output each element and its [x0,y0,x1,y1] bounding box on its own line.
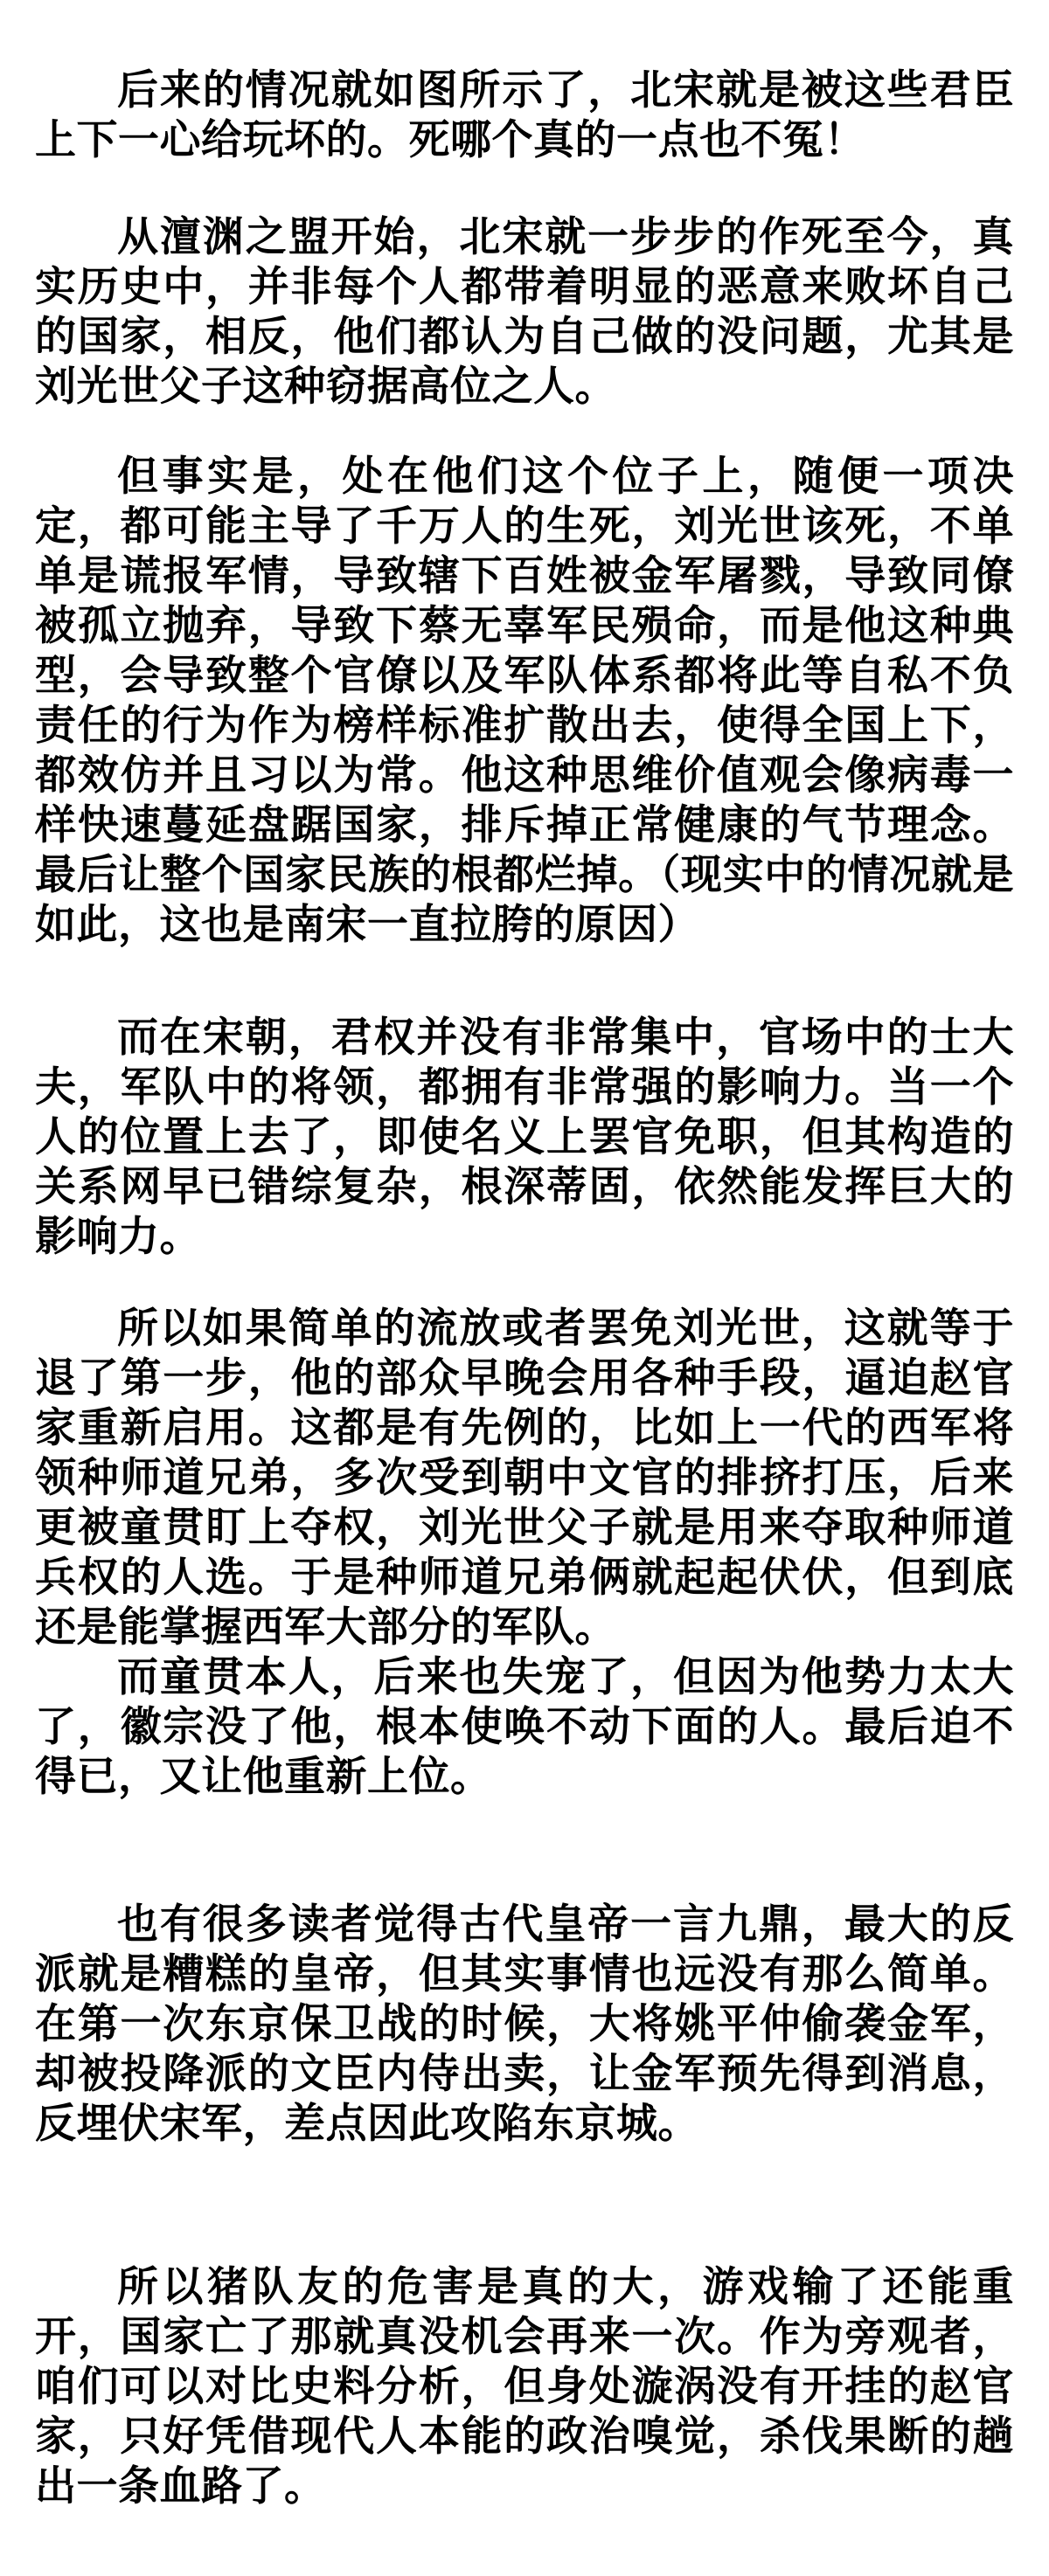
paragraph: 后来的情况就如图所示了，北宋就是被这些君臣上下一心给玩坏的。死哪个真的一点也不冤… [35,65,1014,164]
paragraph: 而童贯本人，后来也失宠了，但因为他势力太大了，徽宗没了他，根本使唤不动下面的人。… [35,1652,1014,1801]
paragraph: 从澶渊之盟开始，北宋就一步步的作死至今，真实历史中，并非每个人都带着明显的恶意来… [35,211,1014,411]
paragraph: 但事实是，处在他们这个位子上，随便一项决定，都可能主导了千万人的生死，刘光世该死… [35,451,1014,949]
paragraph: 所以猪队友的危害是真的大，游戏输了还能重开，国家亡了那就真没机会再来一次。作为旁… [35,2261,1014,2510]
article-page: 后来的情况就如图所示了，北宋就是被这些君臣上下一心给玩坏的。死哪个真的一点也不冤… [0,0,1049,2576]
paragraph: 而在宋朝，君权并没有非常集中，官场中的士大夫，军队中的将领，都拥有非常强的影响力… [35,1012,1014,1261]
paragraph: 也有很多读者觉得古代皇帝一言九鼎，最大的反派就是糟糕的皇帝，但其实事情也远没有那… [35,1899,1014,2148]
paragraph: 所以如果简单的流放或者罢免刘光世，这就等于退了第一步，他的部众早晚会用各种手段，… [35,1303,1014,1652]
